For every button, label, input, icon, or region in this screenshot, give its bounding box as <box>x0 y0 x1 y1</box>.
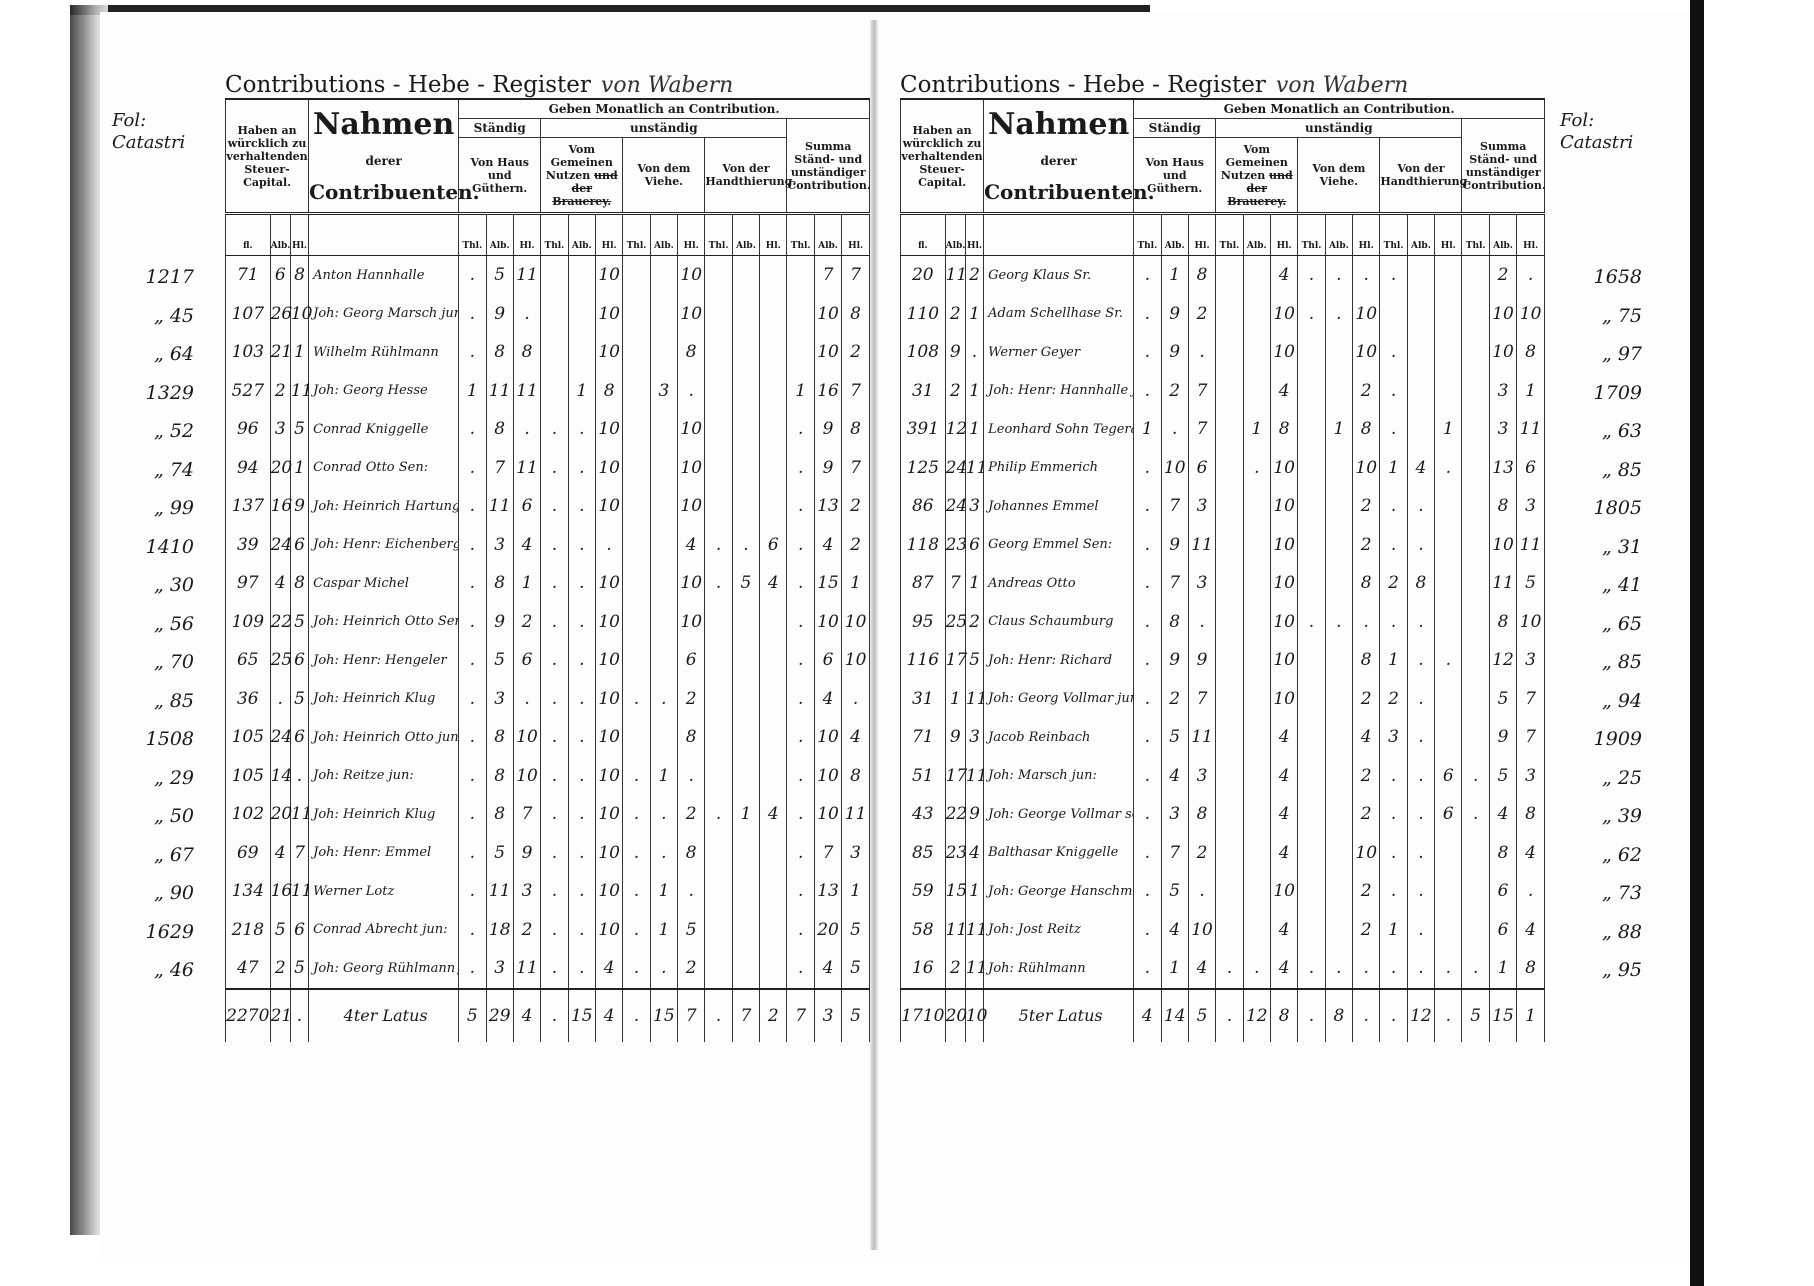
amount-v: . <box>1325 603 1352 642</box>
amount-h: 8 <box>486 333 513 372</box>
capital-alb: 2 <box>945 372 965 411</box>
total-v: 7 <box>678 989 705 1042</box>
amount-t <box>732 872 759 911</box>
contributor-name: Joh: Reitze jun: <box>309 757 459 796</box>
amount-s: 1 <box>787 372 814 411</box>
amount-t: . <box>1407 718 1434 757</box>
capital-hl: 6 <box>965 526 983 565</box>
amount-v <box>1325 564 1352 603</box>
amount-t: 6 <box>760 526 787 565</box>
unit-label: Alb. <box>568 214 595 256</box>
amount-t <box>705 333 732 372</box>
amount-t <box>705 718 732 757</box>
amount-h: 8 <box>1188 795 1215 834</box>
amount-s: 12 <box>1489 641 1516 680</box>
amount-s: 3 <box>842 834 870 873</box>
contributor-name: Joh: Heinrich Hartung <box>309 487 459 526</box>
contributor-name: Claus Schaumburg <box>984 603 1134 642</box>
capital-alb: 23 <box>945 834 965 873</box>
latus-label: 5ter Latus <box>984 989 1134 1042</box>
capital-alb: 17 <box>945 757 965 796</box>
unit-label: Hl. <box>513 214 540 256</box>
amount-t <box>732 680 759 719</box>
amount-t: . <box>1407 641 1434 680</box>
amount-s: 11 <box>1489 564 1516 603</box>
amount-t: . <box>1380 949 1407 989</box>
capital-fl: 109 <box>226 603 271 642</box>
header-unstandig: unständig <box>1216 119 1462 138</box>
capital-fl: 118 <box>901 526 946 565</box>
folio-number: „ 50 <box>112 797 202 836</box>
header-monthly: Geben Monatlich an Contribution. <box>459 99 870 119</box>
amount-n <box>1243 487 1270 526</box>
capital-alb: 2 <box>270 949 290 989</box>
amount-v: 10 <box>678 449 705 488</box>
amount-v <box>650 718 677 757</box>
amount-n <box>1216 795 1243 834</box>
header-names: NahmendererContribuenten. <box>984 99 1134 214</box>
amount-n: 10 <box>1270 449 1297 488</box>
amount-n: 10 <box>595 641 622 680</box>
amount-v: 4 <box>1353 718 1380 757</box>
unit-label: Thl. <box>459 214 486 256</box>
amount-h: . <box>459 949 486 989</box>
amount-s: . <box>787 449 814 488</box>
amount-v: 1 <box>650 757 677 796</box>
table-row: 105246Joh: Heinrich Otto jun.810..108.10… <box>226 718 870 757</box>
total-h: 5 <box>459 989 486 1042</box>
folio-number: 1410 <box>112 528 202 567</box>
amount-n <box>1243 911 1270 950</box>
amount-n <box>1216 449 1243 488</box>
amount-n: . <box>568 757 595 796</box>
amount-s: 2 <box>842 333 870 372</box>
capital-fl: 94 <box>226 449 271 488</box>
amount-n: . <box>541 526 568 565</box>
amount-t <box>760 333 787 372</box>
total-t: . <box>1380 989 1407 1042</box>
amount-t: . <box>1435 949 1462 989</box>
amount-s: 11 <box>1517 526 1545 565</box>
amount-v <box>1298 795 1325 834</box>
amount-s: 5 <box>1489 757 1516 796</box>
amount-t <box>732 487 759 526</box>
amount-h: 8 <box>1161 603 1188 642</box>
amount-t: 1 <box>1380 641 1407 680</box>
amount-s: . <box>787 603 814 642</box>
table-row: 59151Joh: George Hanschmann.5.102..6. <box>901 872 1545 911</box>
amount-v: 3 <box>650 372 677 411</box>
amount-t <box>732 603 759 642</box>
amount-h: 4 <box>1188 949 1215 989</box>
capital-hl: . <box>290 757 308 796</box>
amount-s: . <box>787 487 814 526</box>
capital-alb: 4 <box>270 834 290 873</box>
amount-n <box>1243 834 1270 873</box>
amount-h: . <box>459 487 486 526</box>
amount-t <box>705 603 732 642</box>
amount-s <box>1462 718 1489 757</box>
amount-h: 10 <box>1161 449 1188 488</box>
capital-hl: 3 <box>965 487 983 526</box>
total-t: . <box>705 989 732 1042</box>
place-name: von Wabern <box>1276 73 1408 98</box>
amount-t <box>760 949 787 989</box>
table-row: 1072610Joh: Georg Marsch jun.9.1010108 <box>226 295 870 334</box>
amount-t <box>705 487 732 526</box>
header-derer: derer <box>309 154 458 168</box>
amount-h: 3 <box>1188 564 1215 603</box>
amount-t <box>732 757 759 796</box>
header-nahmen: Nahmen <box>309 108 458 142</box>
capital-fl: 97 <box>226 564 271 603</box>
folio-number: „ 75 <box>1560 297 1650 336</box>
capital-alb: 9 <box>945 333 965 372</box>
amount-h: 8 <box>1188 256 1215 295</box>
amount-t <box>705 834 732 873</box>
amount-s <box>1462 911 1489 950</box>
amount-h: 9 <box>1161 333 1188 372</box>
contributor-name: Werner Lotz <box>309 872 459 911</box>
amount-t <box>705 872 732 911</box>
amount-v <box>1298 872 1325 911</box>
capital-hl: 2 <box>965 603 983 642</box>
amount-v <box>650 526 677 565</box>
amount-v: . <box>623 834 650 873</box>
amount-v: 6 <box>678 641 705 680</box>
header-nutzen: Vom Gemeinen Nutzen und der Brauerey. <box>541 138 623 214</box>
unit-label: Hl. <box>290 214 308 256</box>
capital-hl: 1 <box>965 372 983 411</box>
table-row: 7193Jacob Reinbach.511443.97 <box>901 718 1545 757</box>
amount-h: 11 <box>1188 718 1215 757</box>
total-s: 3 <box>814 989 841 1042</box>
amount-h: . <box>513 295 540 334</box>
amount-t <box>705 641 732 680</box>
unit-label: Alb. <box>1243 214 1270 256</box>
amount-s <box>1462 603 1489 642</box>
amount-t: 4 <box>760 564 787 603</box>
amount-n: 10 <box>595 911 622 950</box>
folio-number: 1508 <box>112 720 202 759</box>
amount-v: 1 <box>1325 410 1352 449</box>
table-row: 11021Adam Schellhase Sr..9210..101010 <box>901 295 1545 334</box>
amount-t <box>1435 834 1462 873</box>
table-row: 43229Joh: George Vollmar sen:.3842..6.48 <box>901 795 1545 834</box>
capital-fl: 16 <box>901 949 946 989</box>
amount-h: . <box>459 526 486 565</box>
amount-n: 8 <box>1270 410 1297 449</box>
capital-hl: 11 <box>965 449 983 488</box>
amount-n: . <box>568 487 595 526</box>
folio-number: „ 31 <box>1560 528 1650 567</box>
amount-h: . <box>1134 718 1161 757</box>
amount-s: 4 <box>1517 911 1545 950</box>
amount-h: 9 <box>486 603 513 642</box>
total-t: 12 <box>1407 989 1434 1042</box>
amount-s: 9 <box>814 449 841 488</box>
amount-n <box>1216 911 1243 950</box>
amount-v <box>623 333 650 372</box>
capital-fl: 116 <box>901 641 946 680</box>
capital-fl: 110 <box>901 295 946 334</box>
folio-number: „ 30 <box>112 566 202 605</box>
amount-v <box>623 641 650 680</box>
total-n: 15 <box>568 989 595 1042</box>
amount-t <box>760 834 787 873</box>
capital-alb: 15 <box>945 872 965 911</box>
amount-h: 1 <box>1161 949 1188 989</box>
capital-hl: 6 <box>290 911 308 950</box>
amount-v <box>1325 680 1352 719</box>
amount-h: 6 <box>513 487 540 526</box>
amount-v: 10 <box>1353 834 1380 873</box>
amount-v: 1 <box>650 911 677 950</box>
amount-t: 1 <box>732 795 759 834</box>
contributor-name: Johannes Emmel <box>984 487 1134 526</box>
unit-blank <box>984 214 1134 256</box>
amount-v <box>1298 526 1325 565</box>
amount-s <box>1462 680 1489 719</box>
capital-alb: 7 <box>945 564 965 603</box>
header-nahmen: Nahmen <box>984 108 1133 142</box>
amount-h: . <box>459 834 486 873</box>
folio-number: „ 52 <box>112 412 202 451</box>
amount-v <box>623 372 650 411</box>
capital-hl: 11 <box>965 911 983 950</box>
amount-v: 8 <box>1353 641 1380 680</box>
contributor-name: Philip Emmerich <box>984 449 1134 488</box>
amount-n <box>1216 333 1243 372</box>
amount-n: 10 <box>595 564 622 603</box>
header-vieh: Von dem Viehe. <box>623 138 705 214</box>
amount-t <box>705 372 732 411</box>
amount-t <box>1407 256 1434 295</box>
header-monthly: Geben Monatlich an Contribution. <box>1134 99 1545 119</box>
amount-s: 13 <box>1489 449 1516 488</box>
folio-number: 1709 <box>1560 374 1650 413</box>
amount-s: . <box>1462 949 1489 989</box>
amount-v <box>650 603 677 642</box>
capital-fl: 43 <box>901 795 946 834</box>
amount-v <box>1298 680 1325 719</box>
total-v: . <box>1353 989 1380 1042</box>
amount-v: . <box>1353 256 1380 295</box>
amount-s: 8 <box>1517 333 1545 372</box>
amount-v <box>650 449 677 488</box>
amount-v <box>1325 641 1352 680</box>
amount-v: 2 <box>1353 911 1380 950</box>
amount-v: 2 <box>1353 680 1380 719</box>
amount-s: 4 <box>814 526 841 565</box>
capital-fl: 218 <box>226 911 271 950</box>
total-v: 8 <box>1325 989 1352 1042</box>
amount-t <box>760 757 787 796</box>
amount-v: 8 <box>678 333 705 372</box>
amount-n <box>1243 564 1270 603</box>
table-row: 9748Caspar Michel.81..1010.54.151 <box>226 564 870 603</box>
page-title: Contributions - Hebe - Register <box>225 72 591 98</box>
amount-t <box>732 449 759 488</box>
amount-v <box>623 295 650 334</box>
amount-n: 4 <box>595 949 622 989</box>
amount-s <box>1462 641 1489 680</box>
capital-fl: 107 <box>226 295 271 334</box>
amount-n <box>1216 757 1243 796</box>
table-row: 85234Balthasar Kniggelle.72410..84 <box>901 834 1545 873</box>
capital-alb: 24 <box>270 526 290 565</box>
amount-s: 10 <box>842 603 870 642</box>
amount-v <box>1298 757 1325 796</box>
amount-n <box>1243 757 1270 796</box>
amount-n <box>1243 256 1270 295</box>
amount-v <box>1298 449 1325 488</box>
amount-s: 20 <box>814 911 841 950</box>
amount-h: 3 <box>1188 757 1215 796</box>
amount-t: . <box>1435 641 1462 680</box>
total-hl: 10 <box>965 989 983 1042</box>
amount-t: 2 <box>1380 680 1407 719</box>
capital-alb: 11 <box>945 911 965 950</box>
amount-v <box>1298 641 1325 680</box>
amount-h: 5 <box>1161 872 1188 911</box>
capital-fl: 20 <box>901 256 946 295</box>
amount-n: . <box>541 795 568 834</box>
amount-s: 13 <box>814 872 841 911</box>
amount-n <box>541 295 568 334</box>
capital-fl: 137 <box>226 487 271 526</box>
register-table: Haben an würcklich zu verhaltenden Steue… <box>900 98 1545 1042</box>
amount-n: 4 <box>1270 834 1297 873</box>
amount-h: . <box>513 680 540 719</box>
table-row: 4725Joh: Georg Rühlmann jun:.311..4..2.4… <box>226 949 870 989</box>
amount-s: . <box>842 680 870 719</box>
amount-t: 1 <box>1380 449 1407 488</box>
total-n: 4 <box>595 989 622 1042</box>
amount-s: 1 <box>842 872 870 911</box>
header-handthierung: Von der Handthierung. <box>705 138 787 214</box>
place-name: von Wabern <box>601 73 733 98</box>
capital-alb: 26 <box>270 295 290 334</box>
folio-number: „ 41 <box>1560 566 1650 605</box>
header-capital: Haben an würcklich zu verhaltenden Steue… <box>226 99 309 214</box>
amount-h: 18 <box>486 911 513 950</box>
amount-s: 4 <box>814 680 841 719</box>
amount-h: 8 <box>486 757 513 796</box>
amount-n <box>568 333 595 372</box>
capital-alb: 4 <box>270 564 290 603</box>
amount-v <box>1298 410 1325 449</box>
amount-n: 4 <box>1270 949 1297 989</box>
amount-s: 10 <box>1489 333 1516 372</box>
amount-n: 10 <box>595 834 622 873</box>
amount-t <box>1435 526 1462 565</box>
amount-h: 7 <box>1188 410 1215 449</box>
capital-hl: 1 <box>965 872 983 911</box>
amount-n: . <box>568 410 595 449</box>
amount-h: . <box>459 872 486 911</box>
amount-h: 2 <box>1188 295 1215 334</box>
amount-v <box>1298 333 1325 372</box>
amount-v: 8 <box>1353 564 1380 603</box>
total-h: 29 <box>486 989 513 1042</box>
amount-n: . <box>541 410 568 449</box>
table-row: 118236Georg Emmel Sen:.911102..1011 <box>901 526 1545 565</box>
header-summa: Summa Ständ- und unständiger Contributio… <box>787 119 870 214</box>
amount-s: 16 <box>814 372 841 411</box>
capital-hl: 6 <box>290 641 308 680</box>
header-contribuenten: Contribuenten. <box>309 180 458 204</box>
amount-n <box>541 372 568 411</box>
amount-t <box>732 911 759 950</box>
amount-v: 10 <box>1353 295 1380 334</box>
amount-n: . <box>541 949 568 989</box>
table-row: 7168Anton Hannhalle.511101077 <box>226 256 870 295</box>
amount-v: . <box>623 911 650 950</box>
amount-s: 10 <box>814 795 841 834</box>
amount-h: . <box>459 333 486 372</box>
amount-h: 9 <box>1161 526 1188 565</box>
amount-v <box>623 526 650 565</box>
amount-s: 15 <box>814 564 841 603</box>
amount-h: 2 <box>1161 372 1188 411</box>
amount-s: . <box>1462 757 1489 796</box>
amount-n: 10 <box>1270 872 1297 911</box>
amount-h: 8 <box>486 795 513 834</box>
amount-n <box>1216 680 1243 719</box>
amount-t <box>705 757 732 796</box>
amount-n <box>1216 872 1243 911</box>
amount-n <box>541 256 568 295</box>
amount-t <box>705 680 732 719</box>
amount-n: 4 <box>1270 256 1297 295</box>
amount-s: 10 <box>814 295 841 334</box>
amount-n: 4 <box>1270 372 1297 411</box>
amount-v <box>1325 372 1352 411</box>
amount-t <box>732 295 759 334</box>
folio-number: „ 25 <box>1560 759 1650 798</box>
amount-t <box>760 295 787 334</box>
amount-s: 11 <box>842 795 870 834</box>
total-n: 8 <box>1270 989 1297 1042</box>
latus-label: 4ter Latus <box>309 989 459 1042</box>
unit-label: Alb. <box>1407 214 1434 256</box>
total-row: 171020105ter Latus4145.128.8..12.5151 <box>901 989 1545 1042</box>
amount-n: 10 <box>595 487 622 526</box>
unit-label: Alb. <box>1325 214 1352 256</box>
contributor-name: Joh: Heinrich Klug <box>309 680 459 719</box>
unit-label: Alb. <box>270 214 290 256</box>
amount-v <box>1325 526 1352 565</box>
folio-number: „ 90 <box>112 874 202 913</box>
amount-t: . <box>1380 872 1407 911</box>
amount-h: 11 <box>1188 526 1215 565</box>
amount-s: 7 <box>1517 718 1545 757</box>
folio-number: „ 95 <box>1560 951 1650 990</box>
amount-t <box>760 449 787 488</box>
capital-hl: 5 <box>965 641 983 680</box>
amount-t: . <box>1380 256 1407 295</box>
capital-hl: 7 <box>290 834 308 873</box>
amount-s: 3 <box>1517 487 1545 526</box>
amount-h: 10 <box>513 718 540 757</box>
amount-n: 10 <box>595 718 622 757</box>
amount-s <box>1462 295 1489 334</box>
total-h: 4 <box>1134 989 1161 1042</box>
unit-label: Thl. <box>623 214 650 256</box>
amount-s <box>1462 372 1489 411</box>
total-t: . <box>1435 989 1462 1042</box>
